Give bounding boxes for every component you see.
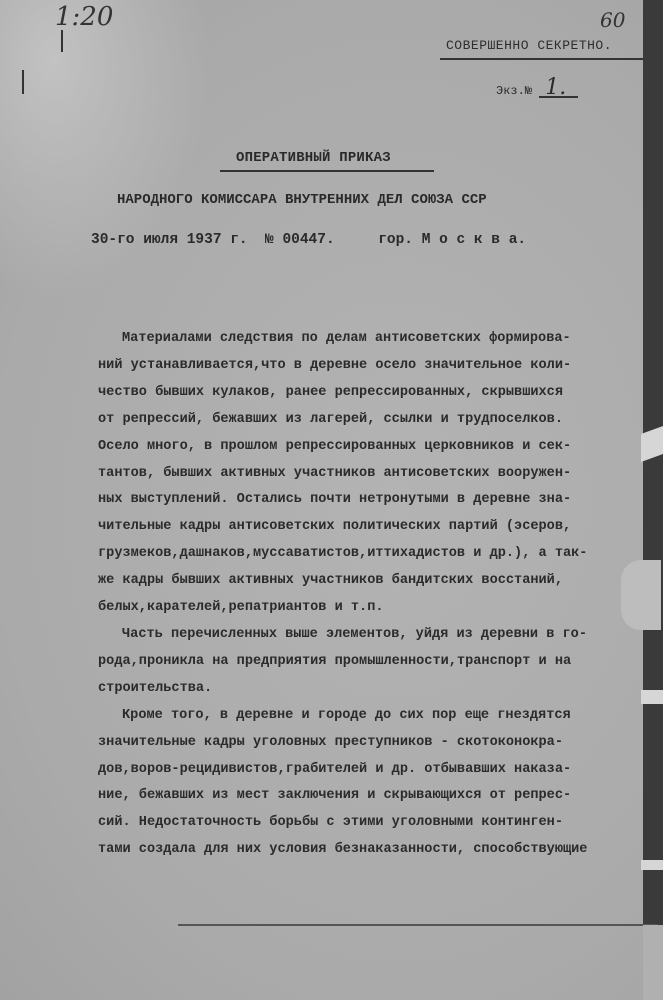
body-line: сий. Недостаточность борьбы с этими угол… (98, 810, 658, 837)
body-line: Кроме того, в деревне и городе до сих по… (98, 703, 658, 730)
body-line: дов,воров-рецидивистов,грабителей и др. … (98, 757, 658, 784)
body-line: Часть перечисленных выше элементов, уйдя… (98, 622, 658, 649)
body-line: же кадры бывших активных участников банд… (98, 568, 658, 595)
order-date: 30-го июля 1937 г. (91, 232, 248, 248)
handwritten-folio-left: 1:20 (55, 2, 113, 32)
body-line: Осело много, в прошлом репрессированных … (98, 434, 658, 461)
body-line: Материалами следствия по делам антисовет… (98, 326, 658, 353)
document-page: 1:20 60 СОВЕРШЕННО СЕКРЕТНО. Экз.№ 1. ОП… (0, 0, 663, 1000)
body-line: чительные кадры антисоветских политическ… (98, 514, 658, 541)
order-title: ОПЕРАТИВНЫЙ ПРИКАЗ (236, 150, 391, 166)
order-number: № 00447. (265, 232, 335, 248)
issuer-line: НАРОДНОГО КОМИССАРА ВНУТРЕННИХ ДЕЛ СОЮЗА… (117, 192, 487, 208)
margin-mark (61, 30, 63, 52)
copy-number: Экз.№ 1. (496, 80, 578, 98)
body-line: рода,проникла на предприятия промышленно… (98, 649, 658, 676)
body-line: тантов, бывших активных участников антис… (98, 461, 658, 488)
secrecy-stamp: СОВЕРШЕННО СЕКРЕТНО. (446, 38, 612, 53)
date-line: 30-го июля 1937 г. № 00447. гор. М о с к… (91, 232, 526, 248)
body-line: ние, бежавших из мест заключения и скрыв… (98, 783, 658, 810)
handwritten-folio-right: 60 (600, 8, 625, 32)
body-line: значительные кадры уголовных преступнико… (98, 730, 658, 757)
margin-mark (22, 70, 24, 94)
copy-value: 1. (539, 80, 578, 98)
body-line: от репрессий, бежавших из лагерей, ссылк… (98, 407, 658, 434)
body-line: чество бывших кулаков, ранее репрессиров… (98, 380, 658, 407)
body-line: ных выступлений. Остались почти нетронут… (98, 487, 658, 514)
bottom-rule (178, 924, 658, 926)
body-line: грузмеков,дашнаков,муссаватистов,иттихад… (98, 541, 658, 568)
secrecy-underline (440, 58, 643, 60)
body-line: ний устанавливается,что в деревне осело … (98, 353, 658, 380)
body-line: тами создала для них условия безнаказанн… (98, 837, 658, 864)
body-text: Материалами следствия по делам антисовет… (98, 326, 658, 864)
body-line: строительства. (98, 676, 658, 703)
copy-label: Экз.№ (496, 84, 532, 98)
page-corner (643, 925, 663, 1000)
body-line: белых,карателей,репатриантов и т.п. (98, 595, 658, 622)
order-place: гор. М о с к в а. (378, 232, 526, 248)
order-title-underline (220, 170, 434, 172)
